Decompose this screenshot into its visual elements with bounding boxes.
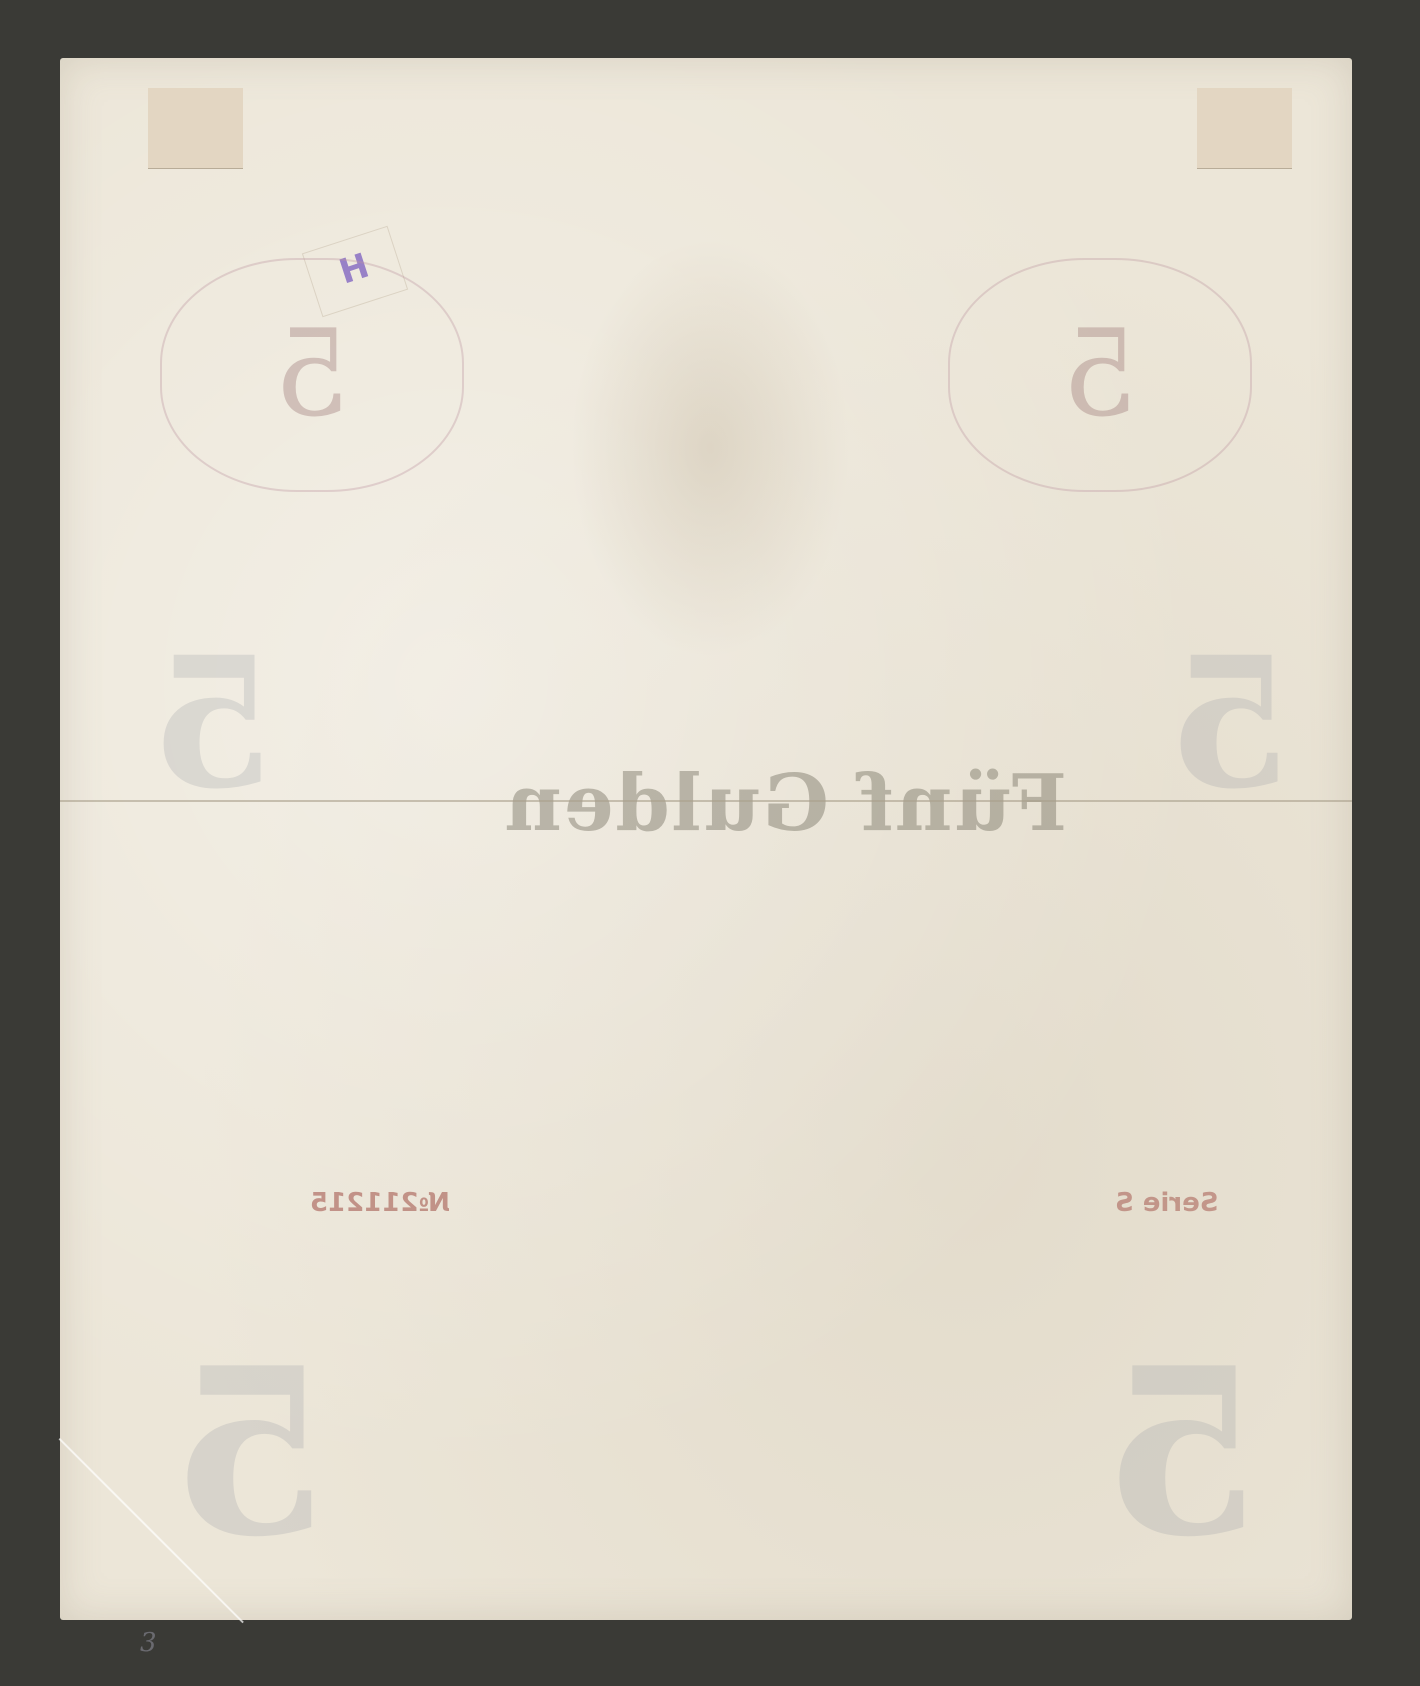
rosette-left: 5 (160, 258, 464, 492)
numeral-mid-left: 5 (150, 618, 275, 829)
serial-number: №211215 (310, 1188, 450, 1218)
banknote-paper: H 5 5 5 5 Fünf Gulden №211215 Serie S 5 … (60, 58, 1352, 1620)
denomination-title: Fünf Gulden (310, 758, 1260, 849)
pencil-mark: 3 (140, 1628, 157, 1658)
hinge-remnant-right (1197, 88, 1292, 169)
numeral-bottom-left: 5 (170, 1318, 330, 1588)
crest-bleedthrough (570, 238, 850, 658)
hinge-remnant-left (148, 88, 243, 169)
numeral-bottom-right: 5 (1102, 1318, 1262, 1588)
horizontal-fold (60, 800, 1352, 802)
series-label: Serie S (1115, 1188, 1219, 1218)
rosette-right: 5 (948, 258, 1252, 492)
